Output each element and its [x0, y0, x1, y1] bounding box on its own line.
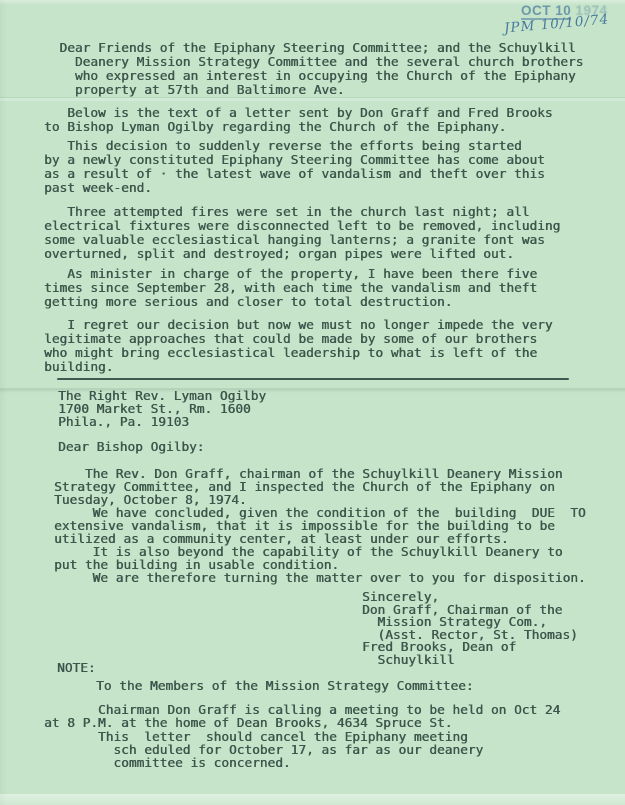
- letter-body: The Rev. Don Graff, chairman of the Schu…: [54, 468, 586, 585]
- intro-paragraph: Below is the text of a letter sent by Do…: [44, 107, 553, 135]
- signature-block: Sincerely, Don Graff, Chairman of the Mi…: [362, 592, 578, 667]
- intro-paragraph: As minister in charge of the property, I…: [44, 268, 537, 310]
- note-label: NOTE:: [57, 662, 96, 675]
- intro-paragraph: This decision to suddenly reverse the ef…: [44, 140, 545, 196]
- intro-paragraph: I regret our decision but now we must no…: [44, 319, 553, 375]
- handwritten-initials: JPM 10/10/74: [504, 11, 610, 36]
- note-body: Chairman Don Graff is calling a meeting …: [44, 704, 560, 770]
- recipient-address: The Right Rev. Lyman Ogilby 1700 Market …: [58, 390, 266, 429]
- divider-line: [57, 378, 569, 380]
- intro-paragraph: Dear Friends of the Epiphany Steering Co…: [44, 42, 583, 98]
- intro-paragraph: Three attempted fires were set in the ch…: [44, 206, 560, 262]
- letter-page: OCT 10 1974 JPM 10/10/74 Dear Friends of…: [0, 0, 625, 805]
- note-heading: To the Members of the Mission Strategy C…: [96, 680, 474, 693]
- salutation: Dear Bishop Ogilby:: [58, 441, 204, 454]
